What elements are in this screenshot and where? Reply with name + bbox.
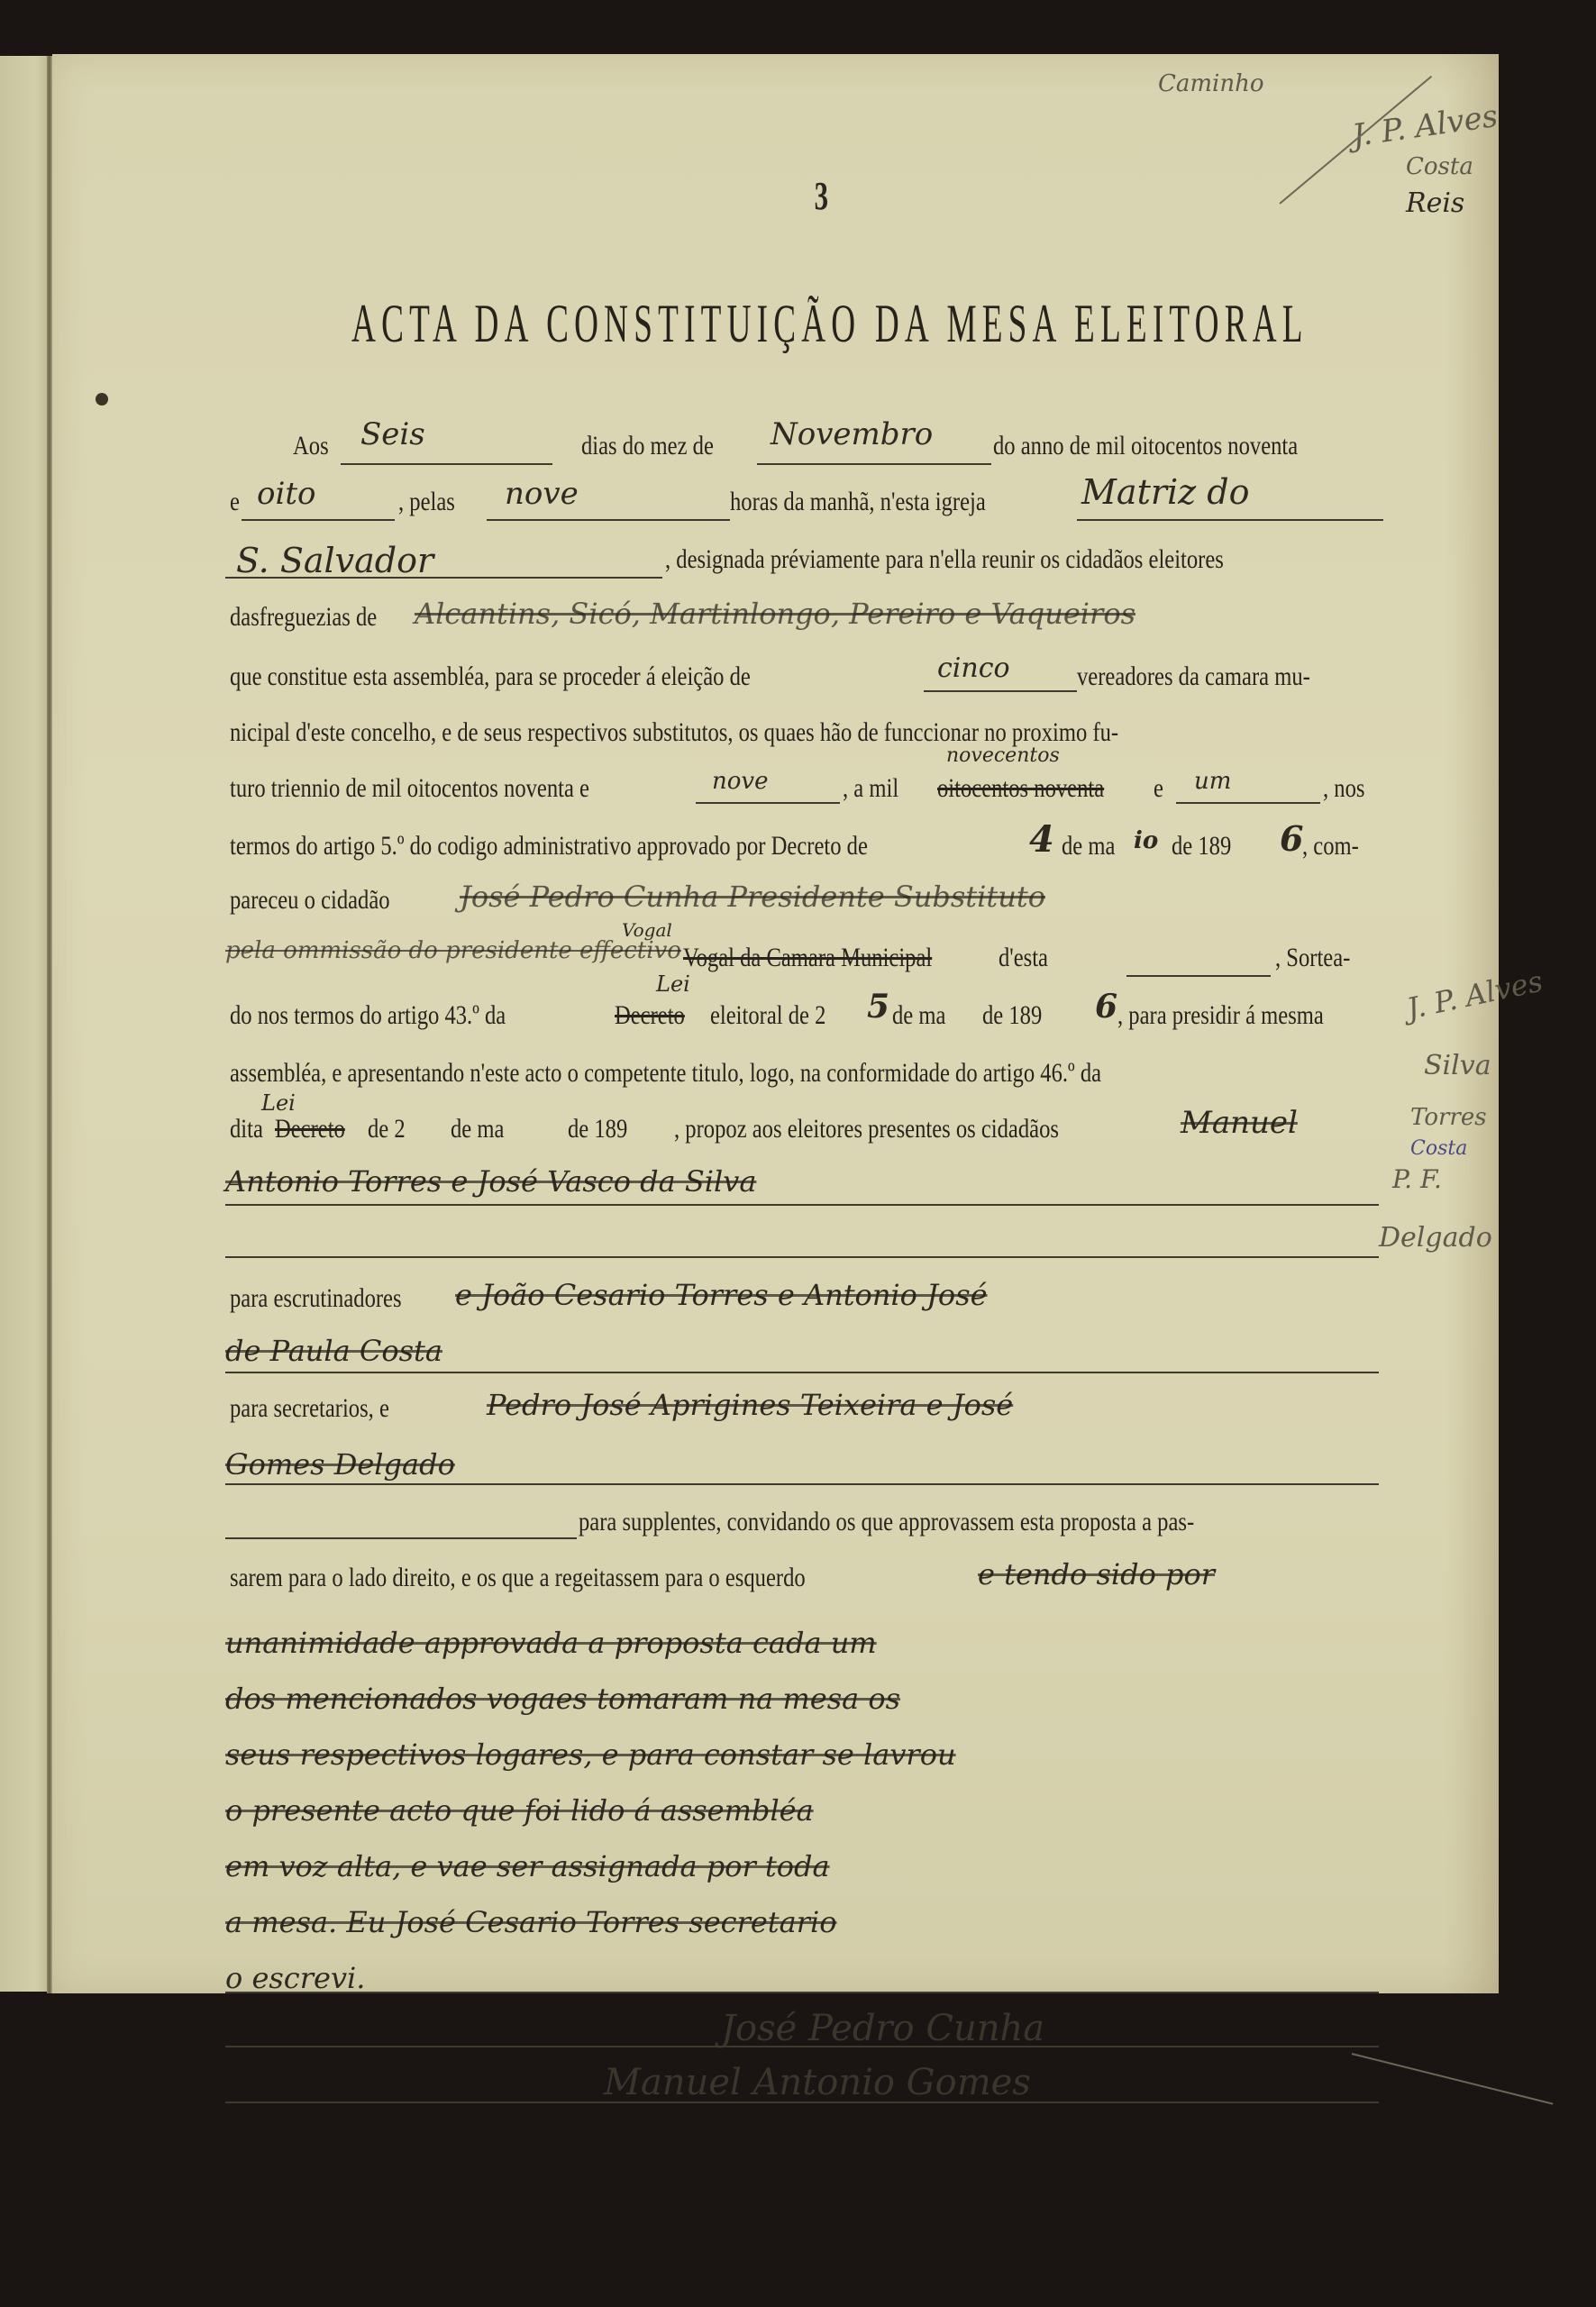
handwritten-day: Seis bbox=[360, 416, 425, 452]
print-text: nicipal d'este concelho, e de seus respe… bbox=[230, 717, 1118, 748]
handwritten-closing: a mesa. Eu José Cesario Torres secretari… bbox=[225, 1905, 837, 1939]
handwritten-secretaries: Pedro José Aprigines Teixeira e José bbox=[487, 1388, 1013, 1422]
signature: José Pedro Cunha bbox=[721, 2008, 1044, 2049]
print-text: de ma bbox=[1062, 831, 1115, 862]
print-text: , nos bbox=[1323, 773, 1364, 804]
print-text: do nos termos do artigo 43.º da bbox=[230, 1000, 506, 1031]
handwritten-decree-day: 4 bbox=[1029, 818, 1054, 861]
fill-line bbox=[225, 1483, 1379, 1485]
handwritten-insert: Lei bbox=[261, 1090, 296, 1116]
binding-hole bbox=[96, 393, 108, 406]
print-text: assembléa, e apresentando n'este acto o … bbox=[230, 1058, 1101, 1089]
fill-line bbox=[1126, 975, 1271, 977]
print-text: sarem para o lado direito, e os que a re… bbox=[230, 1563, 806, 1593]
handwritten-fix: 6 bbox=[1095, 988, 1117, 1026]
handwritten-president: pela ommissão do presidente effectivo bbox=[225, 937, 681, 964]
handwritten-closing: dos mencionados vogaes tomaram na mesa o… bbox=[225, 1682, 900, 1716]
handwritten-fix: io bbox=[1134, 827, 1158, 854]
fill-line bbox=[225, 1204, 1379, 1206]
print-text: , para presidir á mesma bbox=[1117, 1000, 1324, 1031]
print-text: eleitoral de 2 bbox=[710, 1000, 825, 1031]
fill-line bbox=[341, 463, 552, 465]
struck-print-text: Decreto bbox=[615, 1000, 685, 1031]
signature-line bbox=[225, 2046, 1379, 2047]
print-text: horas da manhã, n'esta igreja bbox=[730, 487, 986, 517]
handwritten-proposed: Manuel bbox=[1181, 1105, 1298, 1141]
print-text: de 2 bbox=[368, 1114, 406, 1144]
print-text: para supplentes, convidando os que appro… bbox=[579, 1507, 1194, 1537]
handwritten-hour: nove bbox=[505, 476, 579, 512]
handwritten-president: José Pedro Cunha Presidente Substituto bbox=[460, 880, 1045, 914]
print-text: e bbox=[230, 487, 240, 517]
fill-line bbox=[225, 1372, 1379, 1373]
fill-line bbox=[242, 519, 395, 521]
print-text: e bbox=[1154, 773, 1163, 804]
document-title: ACTA DA CONSTITUIÇÃO DA MESA ELEITORAL bbox=[351, 293, 921, 355]
fill-line bbox=[1176, 802, 1320, 804]
print-text: que constitue esta assembléa, para se pr… bbox=[230, 661, 751, 692]
handwritten-closing: unanimidade approvada a proposta cada um bbox=[225, 1626, 877, 1660]
handwritten-year: oito bbox=[257, 476, 315, 512]
print-text: de ma bbox=[451, 1114, 504, 1144]
print-text: vereadores da camara mu- bbox=[1077, 661, 1310, 692]
fill-line bbox=[696, 802, 840, 804]
handwritten-scrutineers: de Paula Costa bbox=[225, 1334, 442, 1368]
handwritten-secretaries: Gomes Delgado bbox=[225, 1447, 455, 1482]
margin-stroke bbox=[1352, 2053, 1554, 2105]
handwritten-closing: o presente acto que foi lido á assembléa bbox=[225, 1793, 814, 1828]
handwritten-year: nove bbox=[712, 768, 768, 795]
struck-print-text: Vogal da Camara Municipal bbox=[683, 943, 932, 973]
print-text: , propoz aos eleitores presentes os cida… bbox=[674, 1114, 1059, 1144]
handwritten-insert: Vogal bbox=[622, 919, 672, 941]
print-text: , pelas bbox=[398, 487, 455, 517]
print-text: , Sortea- bbox=[1275, 943, 1350, 973]
print-text: dasfreguezias de bbox=[230, 602, 377, 633]
margin-note: Costa bbox=[1406, 153, 1473, 180]
print-text: termos do artigo 5.º do codigo administr… bbox=[230, 831, 868, 862]
fill-line bbox=[757, 463, 991, 465]
handwritten-insert: Lei bbox=[656, 971, 690, 997]
handwritten-year: um bbox=[1194, 768, 1231, 795]
print-text: d'esta bbox=[999, 943, 1048, 973]
handwritten-fix: 6 bbox=[1280, 818, 1303, 859]
margin-signature: Torres bbox=[1410, 1104, 1487, 1131]
handwritten-closing: e tendo sido por bbox=[978, 1557, 1215, 1591]
margin-signature: Silva bbox=[1424, 1050, 1491, 1081]
handwritten-closing: o escrevi. bbox=[225, 1961, 365, 1995]
handwritten-fix: 5 bbox=[867, 988, 889, 1026]
handwritten-church: Matriz do bbox=[1081, 472, 1249, 512]
handwritten-closing: seus respectivos logares, e para constar… bbox=[225, 1737, 956, 1772]
page-number: 3 bbox=[815, 173, 830, 219]
print-text: , designada préviamente para n'ella reun… bbox=[665, 544, 1224, 575]
print-text: , a mil bbox=[843, 773, 898, 804]
fill-line bbox=[225, 577, 662, 579]
struck-print-text: oitocentos noventa bbox=[937, 773, 1104, 804]
print-text: do anno de mil oitocentos noventa bbox=[993, 431, 1298, 461]
print-text: pareceu o cidadão bbox=[230, 885, 390, 916]
print-text: de 189 bbox=[982, 1000, 1042, 1031]
fill-line bbox=[225, 1992, 1379, 1993]
margin-signature: P. F. bbox=[1392, 1164, 1442, 1194]
struck-print-text: Decreto bbox=[275, 1114, 345, 1144]
handwritten-month: Novembro bbox=[771, 416, 933, 452]
margin-signature: Delgado bbox=[1379, 1222, 1492, 1254]
signature: Manuel Antonio Gomes bbox=[604, 2062, 1031, 2103]
fill-line bbox=[1077, 519, 1383, 521]
print-text: dita bbox=[230, 1114, 263, 1144]
handwritten-closing: em voz alta, e vae ser assignada por tod… bbox=[225, 1849, 830, 1883]
fill-line bbox=[487, 519, 730, 521]
signature-line bbox=[225, 2102, 1379, 2103]
print-text: , com- bbox=[1302, 831, 1359, 862]
print-text: para secretarios, e bbox=[230, 1393, 389, 1424]
handwritten-insert: novecentos bbox=[946, 744, 1060, 767]
print-text: dias do mez de bbox=[581, 431, 714, 461]
handwritten-count: cinco bbox=[937, 652, 1010, 684]
print-text: Aos bbox=[293, 431, 329, 461]
print-text: turo triennio de mil oitocentos noventa … bbox=[230, 773, 589, 804]
print-text: de 189 bbox=[568, 1114, 627, 1144]
margin-note: Caminho bbox=[1158, 70, 1264, 97]
fill-line bbox=[225, 1256, 1379, 1258]
print-text: para escrutinadores bbox=[230, 1283, 402, 1314]
print-text: de ma bbox=[892, 1000, 945, 1031]
handwritten-parishes: Alcantins, Sicó, Martinlongo, Pereiro e … bbox=[415, 597, 1135, 631]
fill-line bbox=[924, 690, 1077, 692]
handwritten-proposed: Antonio Torres e José Vasco da Silva bbox=[225, 1164, 756, 1199]
handwritten-scrutineers: e João Cesario Torres e Antonio José bbox=[455, 1278, 988, 1312]
handwritten-church: S. Salvador bbox=[236, 541, 433, 580]
facing-page bbox=[0, 56, 50, 1992]
margin-note: Reis bbox=[1406, 187, 1464, 219]
margin-signature-blue: Costa bbox=[1410, 1137, 1467, 1160]
print-text: de 189 bbox=[1172, 831, 1231, 862]
fill-line bbox=[225, 1537, 577, 1539]
